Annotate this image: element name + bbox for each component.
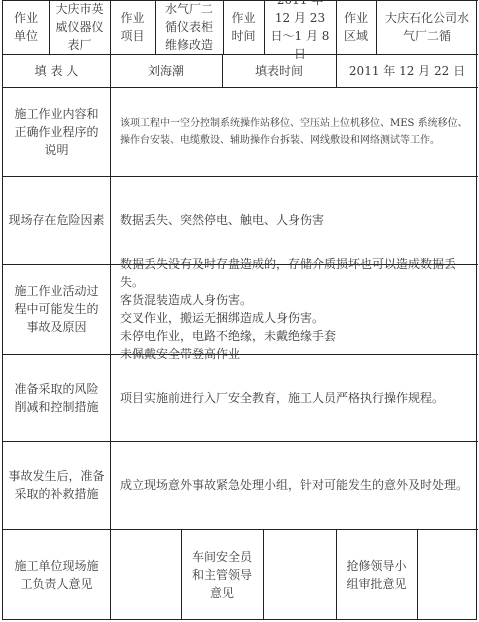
risk-control-label: 准备采取的风险削减和控制措施 [3,354,110,441]
remedial-label: 事故发生后，准备采取的补救措施 [3,441,110,529]
filler-value: 刘海潮 [110,54,222,87]
workshop-opinion-label: 车间安全员和主管领导意见 [181,529,263,620]
hazards-value: 数据丢失、突然停电、触电、人身伤害 [110,176,478,264]
work-content-label: 施工作业内容和正确作业程序的说明 [3,87,110,176]
area-label: 作业区域 [336,0,376,54]
unit-value: 大庆市英威仪器仪表厂 [49,0,110,54]
workshop-opinion-field[interactable] [263,529,336,620]
repair-group-approval-label: 抢修领导小组审批意见 [336,529,417,620]
hazards-label: 现场存在危险因素 [3,176,110,264]
time-value: 2011 年 12 月 23 日～1 月 8 日 [264,0,336,54]
project-label: 作业项目 [110,0,155,54]
accident-cause-item: 数据丢失没有及时存盘造成的，存储介质损坏也可以造成数据丢失。 [120,255,478,291]
contractor-opinion-field[interactable] [110,529,181,620]
accident-cause-item: 客货混装造成人身伤害。 [120,291,252,309]
contractor-opinion-label: 施工单位现场施工负责人意见 [3,529,110,620]
accident-causes-list: 数据丢失没有及时存盘造成的，存储介质损坏也可以造成数据丢失。 客货混装造成人身伤… [110,264,478,354]
fill-time-value: 2011 年 12 月 22 日 [336,54,478,87]
accident-cause-item: 未停电作业，电路不绝缘，未戴绝缘手套 [120,327,336,345]
project-value: 水气厂二循仪表柜维修改造 [155,0,223,54]
work-content-value: 该项工程中一空分控制系统操作站移位、空压站上位机移位、MES 系统移位、操作台安… [110,87,478,176]
unit-label: 作业单位 [3,0,49,54]
accident-causes-label: 施工作业活动过程中可能发生的事故及原因 [3,264,110,354]
area-value: 大庆石化公司水气厂二循 [376,0,478,54]
fill-time-label: 填表时间 [222,54,336,87]
safety-work-form: 作业单位 大庆市英威仪器仪表厂 作业项目 水气厂二循仪表柜维修改造 作业时间 2… [2,0,477,620]
filler-label: 填 表 人 [3,54,110,87]
time-label: 作业时间 [223,0,264,54]
repair-group-approval-field[interactable] [417,529,478,620]
risk-control-value: 项目实施前进行入厂安全教育，施工人员严格执行操作规程。 [110,354,478,441]
accident-cause-item: 交叉作业，搬运无捆绑造成人身伤害。 [120,309,324,327]
remedial-value: 成立现场意外事故紧急处理小组，针对可能发生的意外及时处理。 [110,441,478,529]
